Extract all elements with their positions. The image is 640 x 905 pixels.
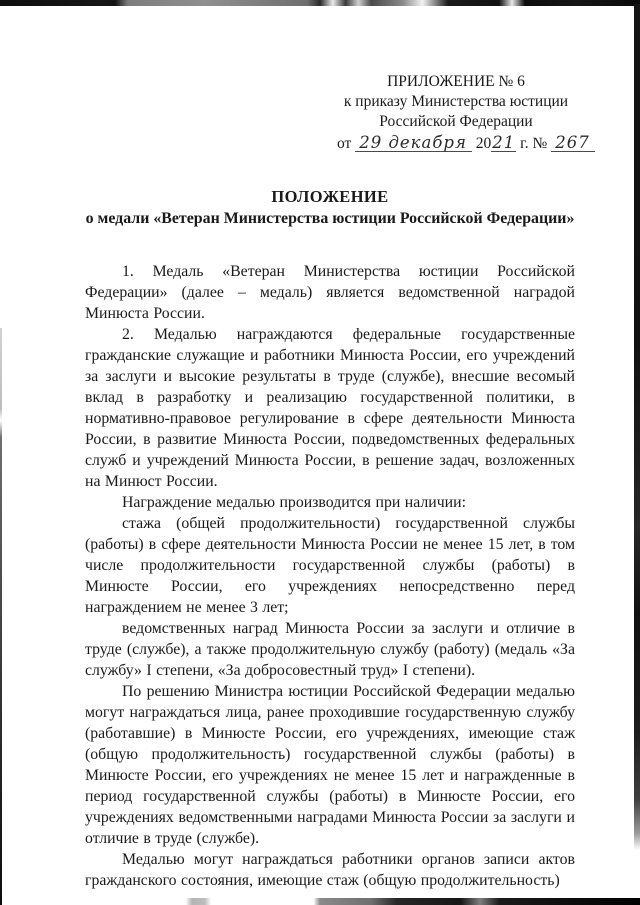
scan-edge-right [634, 4, 640, 850]
scan-edge-left [0, 328, 2, 905]
appendix-order-line: к приказу Министерства юстиции [337, 92, 575, 112]
paragraph-1: 1. Медаль «Ветеран Министерства юстиции … [85, 261, 575, 324]
order-date-line: от 29 декабря 2021 г. № 267 [337, 134, 575, 154]
paragraph-5: ведомственных наград Минюста России за з… [85, 618, 575, 681]
handwritten-order-number: 267 [551, 134, 595, 152]
appendix-header: ПРИЛОЖЕНИЕ № 6 к приказу Министерства юс… [337, 72, 575, 154]
year-suffix: г. № [520, 135, 547, 152]
paragraph-2: 2. Медалью награждаются федеральные госу… [85, 324, 575, 492]
handwritten-date: 29 декабря [355, 134, 472, 152]
scan-edge-bottom [0, 898, 640, 905]
paragraph-6: По решению Министра юстиции Российской Ф… [85, 681, 575, 849]
paragraph-3: Награждение медалью производится при нал… [85, 492, 575, 513]
appendix-org-line: Российской Федерации [337, 112, 575, 132]
scanned-document-page: ПРИЛОЖЕНИЕ № 6 к приказу Министерства юс… [0, 0, 640, 905]
paragraph-7: Медалью могут награждаться работники орг… [85, 849, 575, 891]
handwritten-year: 21 [491, 134, 516, 152]
document-subtitle: о медали «Ветеран Министерства юстиции Р… [85, 208, 575, 229]
document-title: ПОЛОЖЕНИЕ [85, 186, 575, 207]
document-body: 1. Медаль «Ветеран Министерства юстиции … [85, 261, 575, 891]
date-prefix: от [337, 135, 351, 152]
document-title-block: ПОЛОЖЕНИЕ о медали «Ветеран Министерства… [85, 186, 575, 229]
paragraph-4: стажа (общей продолжительности) государс… [85, 513, 575, 618]
year-printed: 20 [476, 135, 492, 152]
document-content: ПРИЛОЖЕНИЕ № 6 к приказу Министерства юс… [85, 0, 575, 891]
appendix-number-line: ПРИЛОЖЕНИЕ № 6 [337, 72, 575, 92]
